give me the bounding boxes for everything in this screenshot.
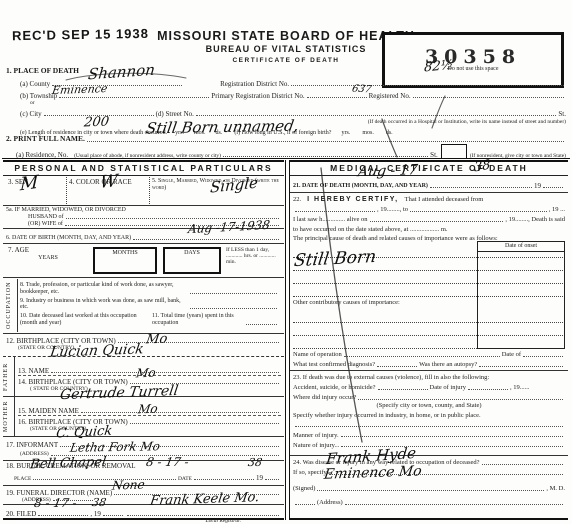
dotted-leader xyxy=(114,493,279,495)
where-label: Where did injury occur? xyxy=(293,394,356,401)
father-side-label: FATHER xyxy=(3,357,15,396)
dotted-leader xyxy=(194,478,254,480)
dotted-leader xyxy=(377,365,417,367)
sex-race-marital-row: 3. SEX 4. COLOR OR RACE 5. Single, Marri… xyxy=(3,176,284,206)
total-time-label: 11. Total time (years) spent in this occ… xyxy=(152,313,244,327)
manner-label: Manner of injury. xyxy=(293,432,339,439)
county-row: (a) County Registration District No. xyxy=(6,76,566,88)
death-certificate-scan: REC'D SEP 15 1938 MISSOURI STATE BOARD O… xyxy=(0,0,572,524)
birthplace-row: 12. BIRTHPLACE (CITY OR TOWN) (STATE OR … xyxy=(3,334,284,357)
years-label: YEARS xyxy=(8,255,88,262)
date-of-onset-label: Date of onset xyxy=(478,242,564,252)
horizontal-divider xyxy=(2,158,570,159)
dotted-leader xyxy=(329,473,563,475)
occupation-trade-row: 8. Trade, profession, or particular kind… xyxy=(20,282,279,296)
father-birthplace-sub: ( STATE OR COUNTRY) xyxy=(18,386,281,392)
birthplace-sub-label: (STATE OR COUNTRY) xyxy=(6,345,281,351)
dotted-leader xyxy=(413,96,564,98)
primary-district-label: Primary Registration District No. xyxy=(211,92,304,100)
blank-dotted-line xyxy=(293,419,565,429)
industry-label: 9. Industry or business in which work wa… xyxy=(20,298,188,312)
mother-name-row: 15. MAIDEN NAME xyxy=(18,398,281,416)
external-causes-section: 23. If death was due to external causes … xyxy=(290,371,568,456)
medical-certificate-column: MEDICAL CERTIFICATE OF DEATH 21. DATE OF… xyxy=(290,160,568,520)
dotted-leader xyxy=(370,220,504,222)
full-name-label: 2. PRINT FULL NAME. xyxy=(6,135,85,144)
days-label: DAYS xyxy=(184,250,200,256)
occupation-dates-row: 10. Date deceased last worked at this oc… xyxy=(20,313,279,327)
external-label-line: 23. If death was due to external causes … xyxy=(293,372,565,382)
registered-no-label: Registered No. xyxy=(369,92,411,100)
age-cell: 7. AGE YEARS xyxy=(6,245,90,276)
dotted-leader xyxy=(345,503,563,505)
spouse-label: 5a. IF MARRIED, WIDOWED, OR DIVORCED xyxy=(6,207,281,214)
dotted-leader xyxy=(52,84,182,86)
father-birthplace-label: 14. BIRTHPLACE (CITY OR TOWN) xyxy=(18,378,128,386)
date-of-label: Date of xyxy=(502,351,521,358)
sex-cell: 3. SEX xyxy=(6,177,67,204)
place-of-death-heading-row: 1. PLACE OF DEATH xyxy=(6,64,566,76)
months-box: MONTHS xyxy=(93,247,157,274)
dotted-leader xyxy=(51,454,279,456)
dotted-leader xyxy=(295,425,563,427)
dotted-leader xyxy=(38,514,88,516)
md-label: , M. D. xyxy=(546,485,565,492)
nature-label: Nature of injury... xyxy=(293,442,339,449)
husband-of-label: HUSBAND of xyxy=(28,214,64,221)
certify-line: 22. I HEREBY CERTIFY, That I attended de… xyxy=(293,194,565,204)
township-row: (b) Township Primary Registration Distri… xyxy=(6,88,566,100)
autopsy-label: Was there an autopsy? xyxy=(419,361,477,368)
informant-row: 17. INFORMANT (ADDRESS) xyxy=(3,437,284,461)
dotted-leader xyxy=(133,238,279,240)
ward-box xyxy=(441,144,467,159)
hospital-note-row: (If death occurred in a Hospital or Inst… xyxy=(6,118,566,125)
operation-line: Name of operation Date of xyxy=(293,349,565,359)
injury-date-label: Date of injury xyxy=(430,384,466,391)
test-autopsy-line: What test confirmed diagnosis? Was there… xyxy=(293,359,565,369)
dotted-leader xyxy=(479,365,563,367)
dotted-leader xyxy=(482,463,563,465)
burial-place-label: PLACE xyxy=(14,476,31,482)
occupation-group: OCCUPATION 8. Trade, profession, or part… xyxy=(3,278,284,334)
dob-label: 6. DATE OF BIRTH (MONTH, DAY, AND YEAR) xyxy=(6,235,131,242)
local-registrar-label: Local Registrar. xyxy=(206,518,241,524)
occupation-industry-row: 9. Industry or business in which work wa… xyxy=(20,298,279,312)
burial-date-label: DATE xyxy=(178,476,192,482)
attended-from-line: , 19........, to , 19 ... xyxy=(293,204,565,214)
dotted-leader xyxy=(118,341,279,343)
filed-year-prefix: , 19 xyxy=(90,510,101,518)
occupation-question-line: 24. Was disease or injury in any way rel… xyxy=(293,457,565,467)
dotted-leader xyxy=(44,114,154,116)
dotted-leader xyxy=(196,114,557,116)
burial-year-prefix: 19 xyxy=(256,474,263,482)
address-line: (Address) xyxy=(293,493,565,507)
occurred-line: to have occurred on the date stated abov… xyxy=(293,224,565,234)
sex-label: 3. SEX xyxy=(8,178,28,186)
dotted-leader xyxy=(190,292,277,294)
dotted-leader xyxy=(358,398,563,400)
city-street-row: (c) City (d) Street No. St. xyxy=(6,106,566,118)
dotted-leader xyxy=(130,422,279,424)
if-so-line: If so, specify xyxy=(293,467,565,477)
dotted-leader xyxy=(66,217,279,219)
date-of-birth-row: 6. DATE OF BIRTH (MONTH, DAY, AND YEAR) xyxy=(3,229,284,244)
street-suffix: St. xyxy=(558,110,566,118)
dotted-leader xyxy=(295,503,315,505)
dotted-leader xyxy=(59,96,209,98)
dotted-leader xyxy=(103,514,123,516)
personal-title: PERSONAL AND STATISTICAL PARTICULARS xyxy=(3,162,284,176)
dotted-leader xyxy=(127,514,279,516)
place-of-death-section: 1. PLACE OF DEATH (a) County Registratio… xyxy=(6,64,566,137)
father-group: FATHER 13. NAME 14. BIRTHPLACE (CITY OR … xyxy=(3,357,284,397)
days-box: DAYS xyxy=(163,247,221,274)
city-label: (c) City xyxy=(6,110,42,118)
dotted-leader xyxy=(341,435,563,437)
dotted-leader xyxy=(81,411,279,413)
burial-row: 18. BURIAL, CREMATION, OR REMOVAL PLACE … xyxy=(3,461,284,486)
dotted-leader xyxy=(65,224,279,226)
nature-line: Nature of injury... xyxy=(293,439,565,449)
manner-line: Manner of injury. xyxy=(293,429,565,439)
spouse-row: 5a. IF MARRIED, WIDOWED, OR DIVORCED HUS… xyxy=(3,206,284,229)
dotted-leader xyxy=(307,96,367,98)
full-name-section: 2. PRINT FULL NAME. (a) Residence, No. (… xyxy=(6,129,566,159)
date-of-death-label: 21. DATE OF DEATH (MONTH, DAY, AND YEAR) xyxy=(293,183,428,190)
mother-side-label: MOTHER xyxy=(3,397,15,436)
place-of-death-label: 1. PLACE OF DEATH xyxy=(6,67,79,76)
registration-district-label: Registration District No. xyxy=(220,80,289,88)
dotted-leader xyxy=(344,355,500,357)
operation-label: Name of operation xyxy=(293,351,342,358)
or-label: or xyxy=(6,100,35,106)
date-of-onset-box: Date of onset xyxy=(477,241,565,349)
dotted-leader xyxy=(265,478,279,480)
last-saw-line: I last saw h.............. alive on , 19… xyxy=(293,214,565,224)
dotted-leader xyxy=(523,355,563,357)
dotted-leader xyxy=(190,307,277,309)
last-worked-label: 10. Date deceased last worked at this oc… xyxy=(20,313,152,327)
dotted-leader xyxy=(291,84,564,86)
filed-label: 20. FILED xyxy=(6,510,36,518)
dotted-leader xyxy=(223,155,428,157)
specify-city-note: (Specify city or town, county, and State… xyxy=(293,402,565,409)
mother-maiden-label: 15. MAIDEN NAME xyxy=(18,407,79,415)
age-row: 7. AGE YEARS MONTHS DAYS If LESS than 1 … xyxy=(3,244,284,278)
dotted-leader xyxy=(295,210,375,212)
trade-label: 8. Trade, profession, or particular kind… xyxy=(20,282,188,296)
medical-title: MEDICAL CERTIFICATE OF DEATH xyxy=(290,162,568,176)
father-name-row: 13. NAME xyxy=(18,358,281,376)
dotted-leader xyxy=(430,186,532,188)
dotted-leader xyxy=(246,323,277,325)
dotted-leader xyxy=(410,210,547,212)
accident-line: Accident, suicide, or homicide? Date of … xyxy=(293,382,565,392)
date-of-death-row: 21. DATE OF DEATH (MONTH, DAY, AND YEAR)… xyxy=(290,176,568,193)
test-label: What test confirmed diagnosis? xyxy=(293,361,375,368)
to-label: , 19........, to xyxy=(377,206,408,213)
accident-label: Accident, suicide, or homicide? xyxy=(293,384,376,391)
dotted-leader xyxy=(317,489,544,491)
father-birthplace-row: 14. BIRTHPLACE (CITY OR TOWN) xyxy=(18,376,281,386)
hospital-note: (If death occurred in a Hospital or Inst… xyxy=(368,119,566,125)
address-label: (Address) xyxy=(317,499,343,506)
race-cell: 4. COLOR OR RACE xyxy=(67,177,150,204)
certify-number: 22. xyxy=(293,196,301,203)
age-label: 7. AGE xyxy=(8,246,29,254)
where-injury-line: Where did injury occur? xyxy=(293,392,565,402)
occupation-question-label: 24. Was disease or injury in any way rel… xyxy=(293,459,480,466)
end-19-label: , 19 ... xyxy=(549,206,565,213)
full-name-row: 2. PRINT FULL NAME. xyxy=(6,129,566,144)
burial-label: 18. BURIAL, CREMATION, OR REMOVAL xyxy=(6,462,281,470)
dotted-leader xyxy=(33,478,176,480)
injury-19-label: , 19...... xyxy=(510,384,530,391)
mother-birthplace-sub: (STATE OR COUNTRY) xyxy=(18,426,281,432)
marital-label: 5. Single, Married, Widowed, or Divorced… xyxy=(152,178,279,191)
filed-row: 20. FILED , 19 Local Registrar. xyxy=(3,505,284,524)
informant-label: 17. INFORMANT xyxy=(6,441,58,449)
marital-cell: 5. Single, Married, Widowed, or Divorced… xyxy=(150,177,281,204)
certify-bold: I HEREBY CERTIFY, xyxy=(307,196,399,204)
race-label: 4. COLOR OR RACE xyxy=(69,178,132,186)
birthplace-label: 12. BIRTHPLACE (CITY OR TOWN) xyxy=(6,337,116,345)
specify-where-line: Specify whether injury occurred in indus… xyxy=(293,409,565,419)
if-so-label: If so, specify xyxy=(293,469,327,476)
county-label: (a) County xyxy=(6,80,50,88)
dotted-leader xyxy=(130,382,279,384)
death-said-label: , 19........, Death is said xyxy=(505,216,565,223)
funeral-director-row: 19. FUNERAL DIRECTOR (NAME) (ADDRESS) xyxy=(3,486,284,505)
dotted-leader xyxy=(543,186,563,188)
dotted-leader xyxy=(53,499,93,501)
occupation-relation-section: 24. Was disease or injury in any way rel… xyxy=(290,456,568,518)
director-address-label: (ADDRESS) xyxy=(22,497,51,503)
less-than-day-cell: If LESS than 1 day, ............ hrs. or… xyxy=(224,245,281,276)
dotted-leader xyxy=(378,388,428,390)
dotted-leader xyxy=(60,445,279,447)
dotted-leader xyxy=(87,140,564,142)
occupation-side-label: OCCUPATION xyxy=(6,279,18,332)
wife-of-label: (OR) WIFE of xyxy=(28,221,63,228)
cause-of-death-area: Other contributory causes of importance:… xyxy=(293,245,565,349)
dotted-leader xyxy=(468,388,508,390)
father-name-label: 13. NAME xyxy=(18,367,49,375)
dod-year-prefix: 19 xyxy=(534,182,541,190)
certify-rest: That I attended deceased from xyxy=(405,196,484,203)
dotted-leader xyxy=(341,445,563,447)
dotted-leader xyxy=(51,371,279,373)
signed-label: (Signed) xyxy=(293,485,315,492)
informant-address-label: (ADDRESS) xyxy=(20,451,49,457)
mother-birthplace-label: 16. BIRTHPLACE (CITY OR TOWN) xyxy=(18,418,128,426)
certify-section: 22. I HEREBY CERTIFY, That I attended de… xyxy=(290,193,568,371)
funeral-director-label: 19. FUNERAL DIRECTOR (NAME) xyxy=(6,489,112,497)
personal-particulars-column: PERSONAL AND STATISTICAL PARTICULARS 3. … xyxy=(3,160,284,520)
residence-row: (a) Residence, No. (Usual place of abode… xyxy=(6,144,566,159)
street-no-label: (d) Street No. xyxy=(156,110,194,118)
township-label: (b) Township xyxy=(6,92,57,100)
mother-group: MOTHER 15. MAIDEN NAME 16. BIRTHPLACE (C… xyxy=(3,397,284,437)
last-saw-label: I last saw h.............. alive on xyxy=(293,216,368,223)
signed-line: (Signed) , M. D. xyxy=(293,477,565,493)
mother-birthplace-row: 16. BIRTHPLACE (CITY OR TOWN) xyxy=(18,416,281,426)
months-label: MONTHS xyxy=(112,250,137,256)
received-date-stamp: REC'D SEP 15 1938 xyxy=(12,27,149,44)
